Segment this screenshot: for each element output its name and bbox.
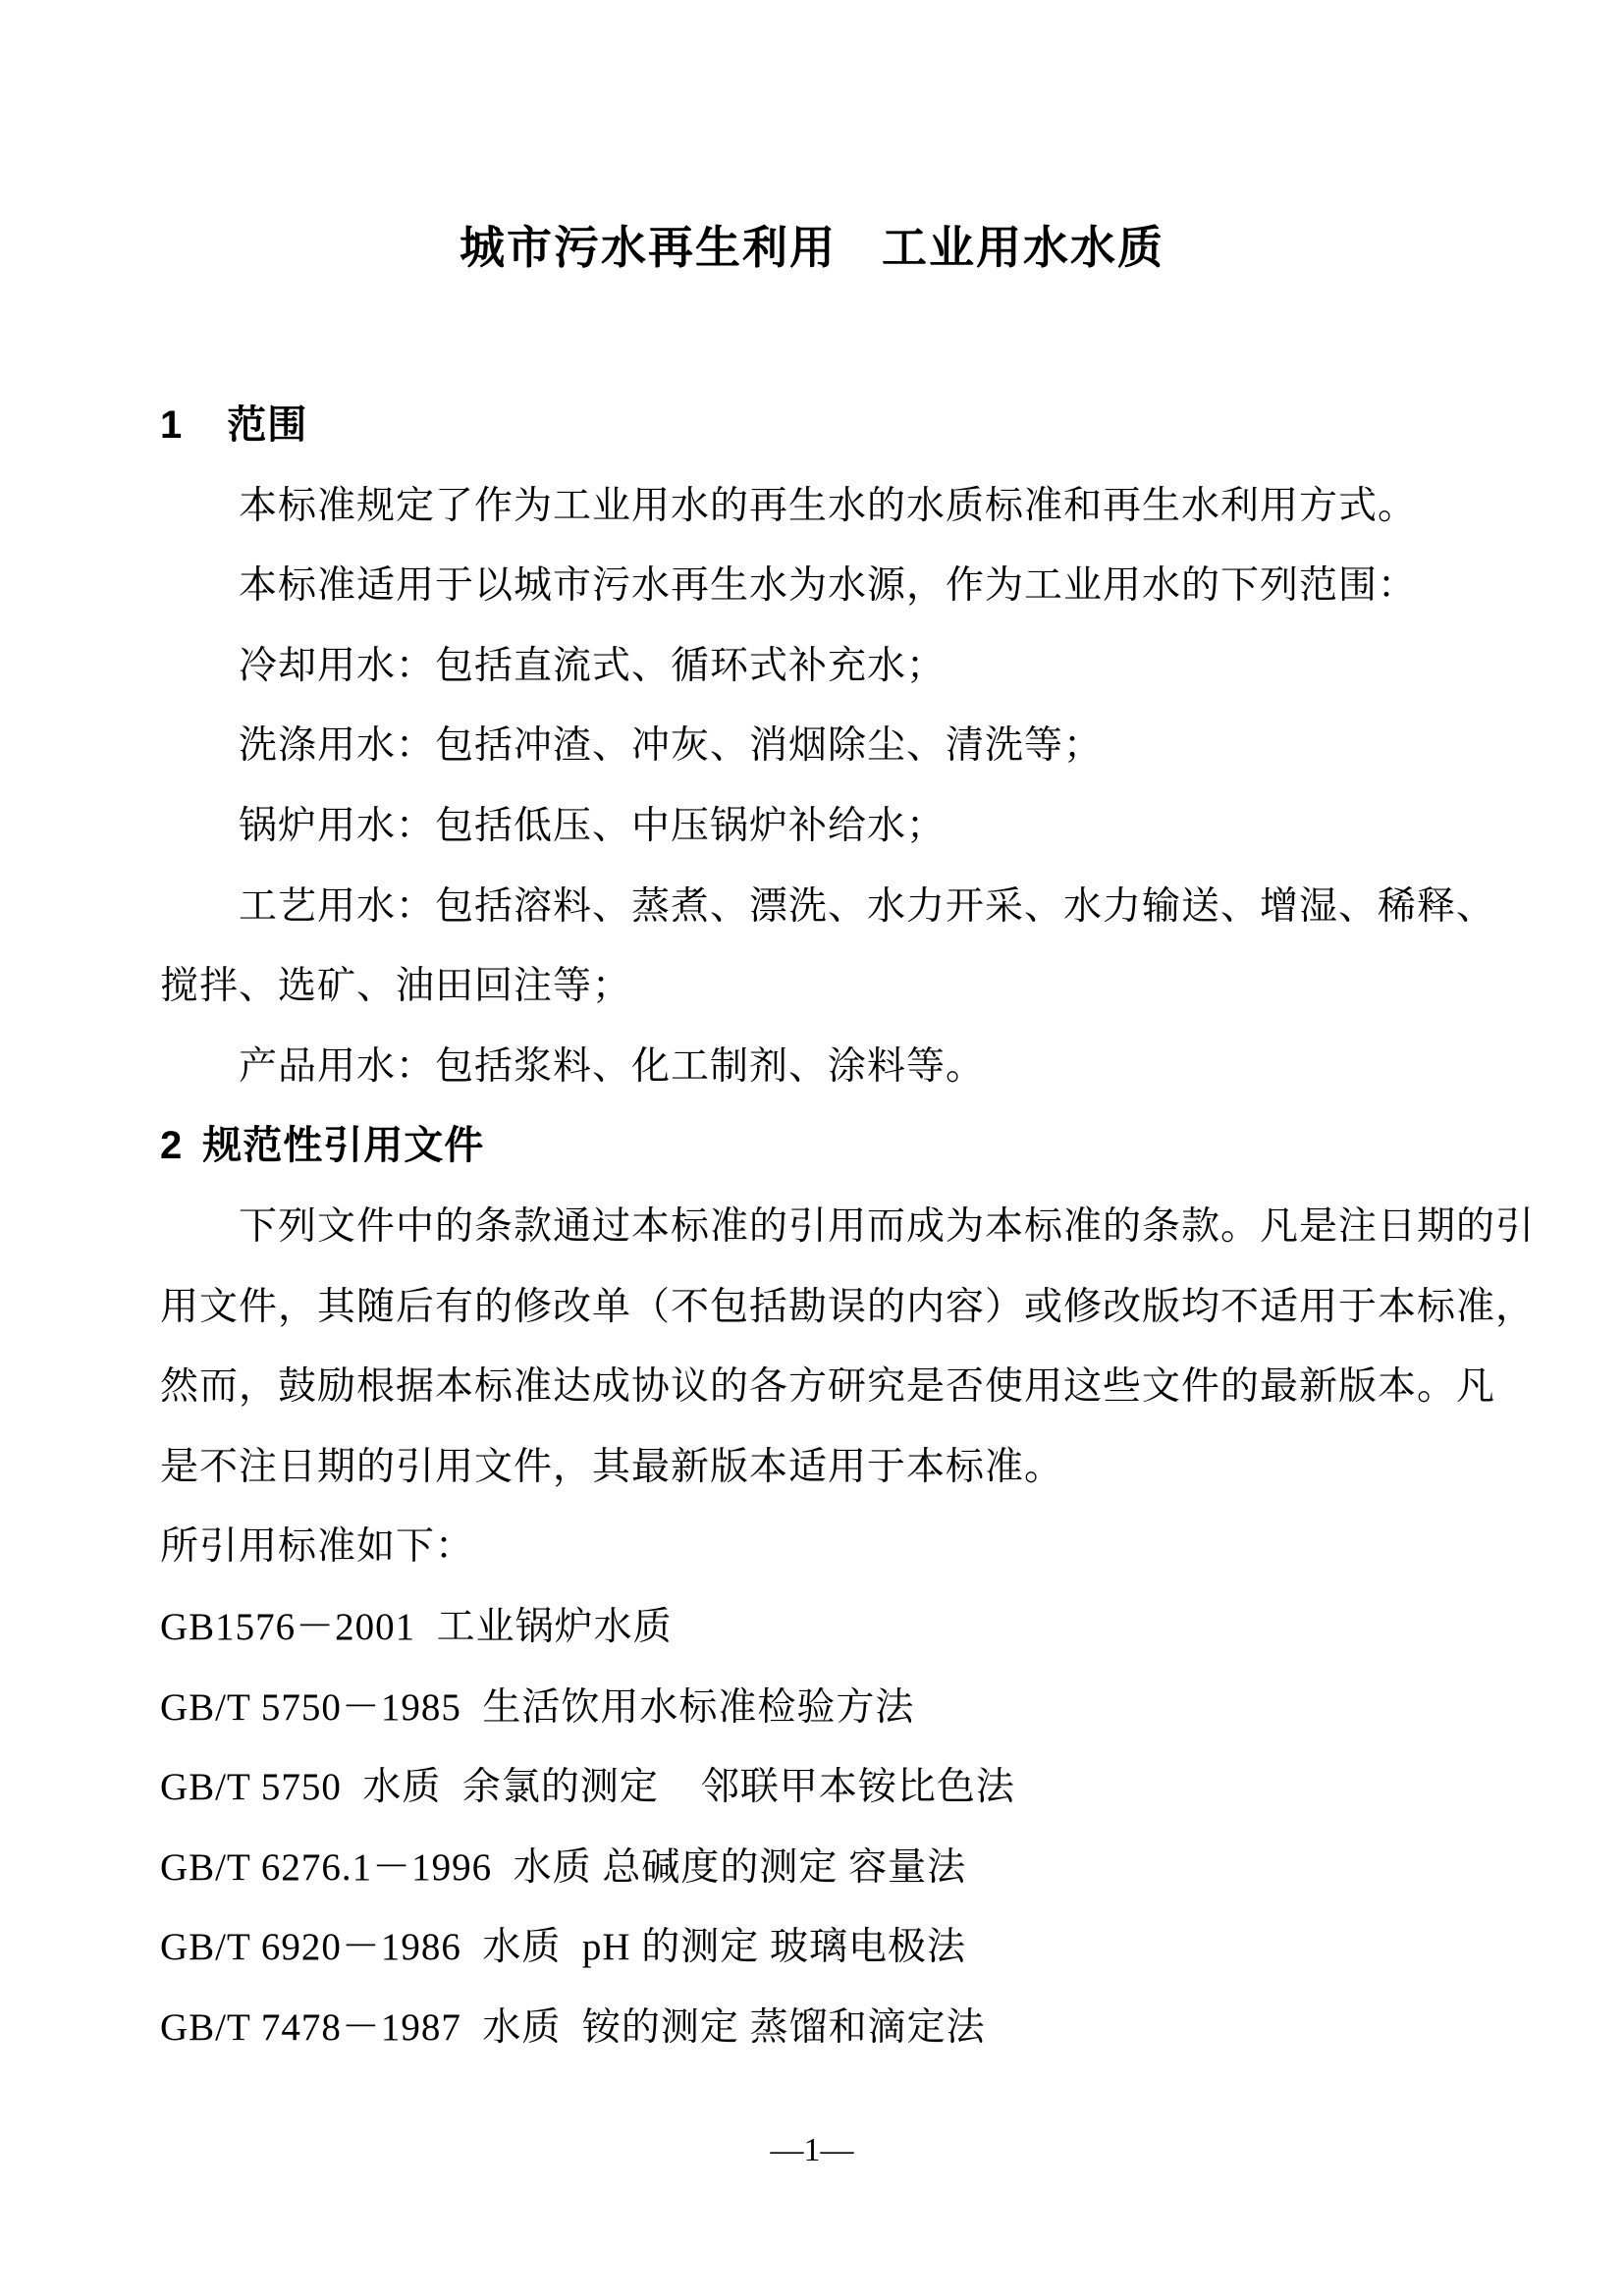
reference-item-1: GB1576－2001 工业锅炉水质 xyxy=(160,1587,1554,1668)
reference-item-6: GB/T 7478－1987 水质 铵的测定 蒸馏和滴定法 xyxy=(160,1988,1554,2068)
references-intro-line-1: 下列文件中的条款通过本标准的引用而成为本标准的条款。凡是注日期的引 xyxy=(160,1187,1554,1267)
references-intro-line-4: 是不注日期的引用文件，其最新版本适用于本标准。 xyxy=(160,1427,1554,1508)
reference-item-5: GB/T 6920－1986 水质 pH 的测定 玻璃电极法 xyxy=(160,1907,1554,1988)
scope-paragraph-1: 本标准规定了作为工业用水的再生水的水质标准和再生水利用方式。 xyxy=(160,466,1554,547)
section-2-heading: 2规范性引用文件 xyxy=(160,1106,1554,1187)
usage-process-line-1: 工艺用水：包括溶料、蒸煮、漂洗、水力开采、水力输送、增湿、稀释、 xyxy=(160,867,1554,947)
document-title-part1: 城市污水再生利用 xyxy=(460,222,837,273)
scope-paragraph-2: 本标准适用于以城市污水再生水为水源，作为工业用水的下列范围： xyxy=(160,546,1554,626)
document-body: 1范围 本标准规定了作为工业用水的再生水的水质标准和再生水利用方式。 本标准适用… xyxy=(160,386,1554,2067)
section-2-number: 2 xyxy=(160,1124,183,1167)
reference-item-4: GB/T 6276.1－1996 水质 总碱度的测定 容量法 xyxy=(160,1828,1554,1908)
reference-item-2: GB/T 5750－1985 生活饮用水标准检验方法 xyxy=(160,1668,1554,1748)
usage-boiler: 锅炉用水：包括低压、中压锅炉补给水； xyxy=(160,786,1554,867)
references-list-label: 所引用标准如下： xyxy=(160,1507,1554,1587)
section-1-number: 1 xyxy=(160,403,183,447)
usage-washing: 洗涤用水：包括冲渣、冲灰、消烟除尘、清洗等； xyxy=(160,706,1554,786)
document-title: 城市污水再生利用工业用水水质 xyxy=(0,222,1624,274)
section-2-label: 规范性引用文件 xyxy=(202,1124,484,1167)
section-1-label: 范围 xyxy=(227,403,307,447)
usage-cooling: 冷却用水：包括直流式、循环式补充水； xyxy=(160,626,1554,707)
references-intro-line-3: 然而，鼓励根据本标准达成协议的各方研究是否使用这些文件的最新版本。凡 xyxy=(160,1347,1554,1427)
reference-item-3: GB/T 5750 水质 余氯的测定 邻联甲本铵比色法 xyxy=(160,1747,1554,1828)
document-title-part2: 工业用水水质 xyxy=(882,222,1164,273)
document-page: 城市污水再生利用工业用水水质 1范围 本标准规定了作为工业用水的再生水的水质标准… xyxy=(0,0,1624,2296)
references-intro-line-2: 用文件，其随后有的修改单（不包括勘误的内容）或修改版均不适用于本标准， xyxy=(160,1267,1554,1348)
page-number: —1— xyxy=(0,2132,1624,2168)
usage-process-line-2: 搅拌、选矿、油田回注等； xyxy=(160,946,1554,1027)
section-1-heading: 1范围 xyxy=(160,386,1554,466)
usage-product: 产品用水：包括浆料、化工制剂、涂料等。 xyxy=(160,1027,1554,1107)
